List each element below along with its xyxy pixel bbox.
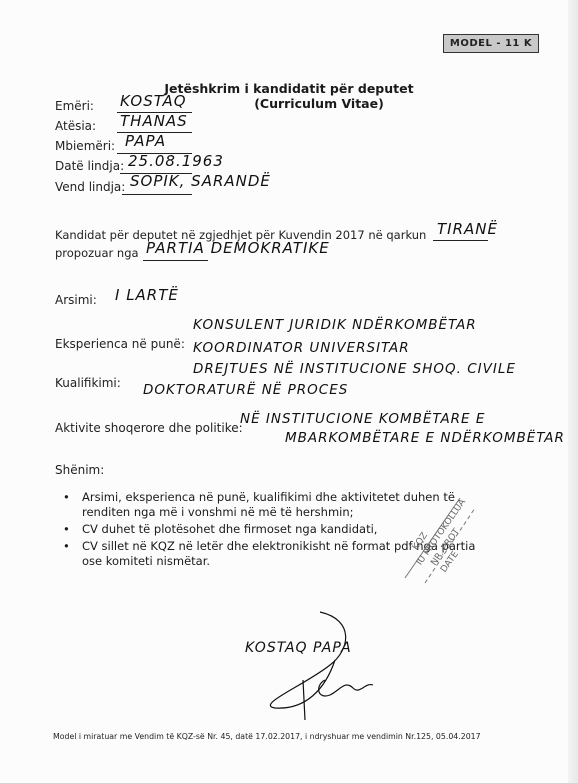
document-subtitle: (Curriculum Vitae) (30, 96, 578, 111)
experience-label: Eksperienca në punë: (55, 337, 185, 351)
notes-label: Shënim: (55, 463, 104, 477)
father-value: THANAS (120, 112, 188, 130)
surname-value: PAPA (125, 132, 166, 150)
pob-label: Vend lindja: (55, 180, 125, 194)
education-value: I LARTË (115, 286, 179, 304)
qualification-value: DOKTORATURË NË PROCES (143, 382, 348, 398)
district-underline (433, 240, 488, 241)
page-edge (568, 0, 578, 783)
experience-line-3: DREJTUES NË INSTITUCIONE SHOQ. CIVILE (193, 361, 516, 377)
cv-document-page: MODEL - 11 K Jetëshkrim i kandidatit për… (0, 0, 578, 783)
education-label: Arsimi: (55, 293, 97, 307)
activities-line-1: NË INSTITUCIONE KOMBËTARE E (240, 411, 485, 427)
experience-line-2: KOORDINATOR UNIVERSITAR (193, 340, 410, 356)
model-badge: MODEL - 11 K (443, 34, 539, 53)
footer-note: Model i miratuar me Vendim të KQZ-së Nr.… (53, 732, 481, 741)
proposed-label: propozuar nga (55, 246, 139, 260)
activities-line-2: MBARKOMBËTARE E NDËRKOMBËTAR (285, 430, 565, 446)
surname-label: Mbiemëri: (55, 139, 115, 153)
experience-line-1: KONSULENT JURIDIK NDËRKOMBËTAR (193, 317, 477, 333)
protocol-stamp-icon: KQZ IU PROTOKOLLUA NR. PROT DATE (390, 478, 480, 588)
signature-scribble-icon (235, 610, 395, 720)
dob-label: Datë lindja: (55, 159, 124, 173)
father-label: Atësia: (55, 119, 96, 133)
pob-underline (122, 194, 192, 195)
pob-value: SOPIK, SARANDË (130, 172, 271, 190)
name-label: Emëri: (55, 99, 94, 113)
dob-value: 25.08.1963 (128, 152, 224, 170)
party-underline (143, 260, 208, 261)
activities-label: Aktivite shoqerore dhe politike: (55, 421, 243, 435)
document-title: Jetëshkrim i kandidatit për deputet (0, 81, 578, 96)
name-value: KOSTAQ (120, 92, 187, 110)
qualification-label: Kualifikimi: (55, 376, 121, 390)
district-value: TIRANË (437, 220, 498, 238)
party-value: PARTIA DEMOKRATIKE (146, 239, 330, 257)
